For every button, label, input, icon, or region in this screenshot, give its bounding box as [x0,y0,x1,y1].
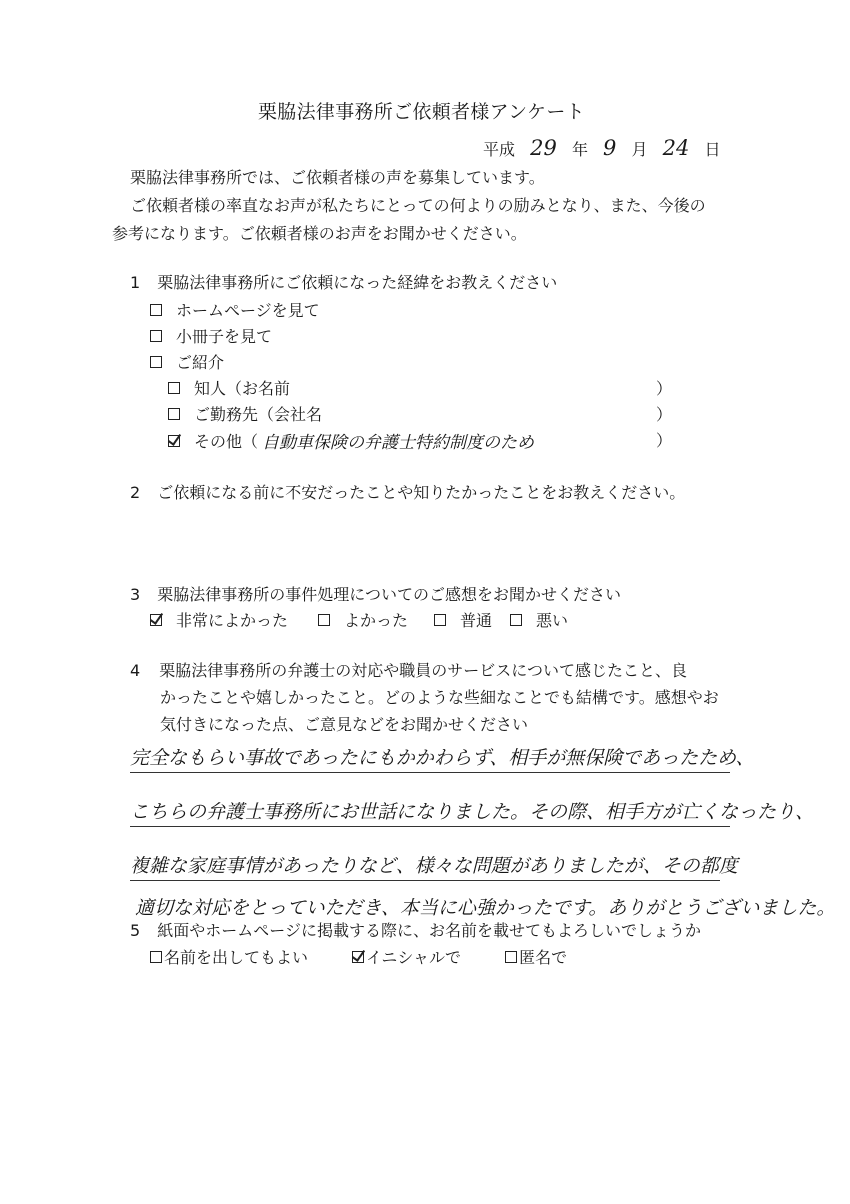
other-answer[interactable]: 自動車保険の弁護士特約制度のため [262,428,534,453]
question-text: ご依頼になる前に不安だったことや知りたかったことをお教えください。 [157,483,685,502]
question-4-line-2: かったことや嬉しかったこと。どのような些細なことでも結構です。感想やお [160,685,719,708]
checkbox[interactable] [510,614,522,626]
checkbox[interactable] [318,614,330,626]
option-label: イニシャルで [366,945,461,968]
question-text: 紙面やホームページに掲載する際に、お名前を載せてもよろしいでしょうか [157,921,701,940]
q1-sub-option-workplace[interactable]: ご勤務先（会社名 [168,402,322,425]
day-value: 24 [663,136,690,160]
question-5: 5 紙面やホームページに掲載する際に、お名前を載せてもよろしいでしょうか [130,918,701,941]
q4-answer-line-4[interactable]: 適切な対応をとっていただき、本当に心強かったです。ありがとうございました。 [135,893,835,920]
question-number: 5 [130,921,140,940]
question-number: 4 [130,661,140,680]
intro-line-1: 栗脇法律事務所では、ご依頼者様の声を募集しています。 [130,165,545,188]
month-value: 9 [603,136,616,160]
checkbox[interactable] [150,330,162,342]
intro-line-2: ご依頼者様の率直なお声が私たちにとっての何よりの励みとなり、また、今後の [130,193,706,216]
year-value: 29 [530,136,557,160]
close-paren: ） [656,376,672,399]
option-label: 小冊子を見て [176,324,272,347]
close-paren: ） [656,428,672,451]
question-text: 栗脇法律事務所の事件処理についてのご感想をお聞かせください [157,585,621,604]
question-4: 4 栗脇法律事務所の弁護士の対応や職員のサービスについて感じたこと、良 [130,658,687,681]
q3-option-very-good[interactable]: 非常によかった [150,608,288,631]
q4-answer-line-1[interactable]: 完全なもらい事故であったにもかかわらず、相手が無保険であったため、 [130,743,730,773]
survey-date: 平成 29 年 9 月 24 日 [483,136,720,160]
q5-option-anonymous[interactable]: 匿名で [505,945,567,968]
q1-option-referral[interactable]: ご紹介 [150,350,224,373]
question-4-line-3: 気付きになった点、ご意見などをお聞かせください [160,712,528,735]
option-label: 非常によかった [176,608,288,631]
q3-option-bad[interactable]: 悪い [510,608,568,631]
option-label: 知人（お名前 [194,376,290,399]
option-label: 匿名で [519,945,567,968]
q1-option-homepage[interactable]: ホームページを見て [150,298,320,321]
q5-option-initials[interactable]: イニシャルで [352,945,461,968]
question-1: 1 栗脇法律事務所にご依頼になった経緯をお教えください [130,270,557,293]
close-paren: ） [656,402,672,425]
checkbox[interactable] [150,356,162,368]
checkbox[interactable] [168,408,180,420]
q4-answer-line-3[interactable]: 複雑な家庭事情があったりなど、様々な問題がありましたが、その都度 [130,851,720,881]
option-label: その他（ [194,429,258,452]
option-label: ご紹介 [176,350,224,373]
q5-options: 名前を出してもよい イニシャルで 匿名で [150,945,611,968]
checkbox[interactable] [150,304,162,316]
checkbox[interactable] [434,614,446,626]
option-label: ご勤務先（会社名 [194,402,322,425]
intro-line-3: 参考になります。ご依頼者様のお声をお聞かせください。 [112,221,527,244]
question-text: 栗脇法律事務所にご依頼になった経緯をお教えください [157,273,557,292]
survey-title: 栗脇法律事務所ご依頼者様アンケート [258,97,585,124]
q5-option-real-name[interactable]: 名前を出してもよい [150,945,308,968]
era-label: 平成 [483,140,515,159]
checkbox-checked[interactable] [150,614,162,626]
checkbox[interactable] [505,951,517,963]
day-label: 日 [704,140,720,159]
checkbox-checked[interactable] [168,435,180,447]
q1-sub-option-acquaintance[interactable]: 知人（お名前 [168,376,290,399]
option-label: ホームページを見て [176,298,320,321]
year-label: 年 [572,140,588,159]
q2-answer-area[interactable] [150,505,710,575]
checkbox-checked[interactable] [352,951,364,963]
option-label: 悪い [536,608,568,631]
q3-option-average[interactable]: 普通 [434,608,492,631]
question-3: 3 栗脇法律事務所の事件処理についてのご感想をお聞かせください [130,582,621,605]
month-label: 月 [632,140,648,159]
q1-sub-option-other[interactable]: その他（ 自動車保険の弁護士特約制度のため [168,428,534,453]
q4-answer-line-2[interactable]: こちらの弁護士事務所にお世話になりました。その際、相手方が亡くなったり、 [130,797,730,827]
option-label: 普通 [460,608,492,631]
question-text-line-1: 栗脇法律事務所の弁護士の対応や職員のサービスについて感じたこと、良 [159,661,687,680]
q3-option-good[interactable]: よかった [318,608,408,631]
option-label: 名前を出してもよい [164,945,308,968]
checkbox[interactable] [168,382,180,394]
q1-option-booklet[interactable]: 小冊子を見て [150,324,272,347]
checkbox[interactable] [150,951,162,963]
option-label: よかった [344,608,408,631]
question-number: 3 [130,585,140,604]
question-2: 2 ご依頼になる前に不安だったことや知りたかったことをお教えください。 [130,480,685,503]
question-number: 1 [130,273,140,292]
question-number: 2 [130,483,140,502]
